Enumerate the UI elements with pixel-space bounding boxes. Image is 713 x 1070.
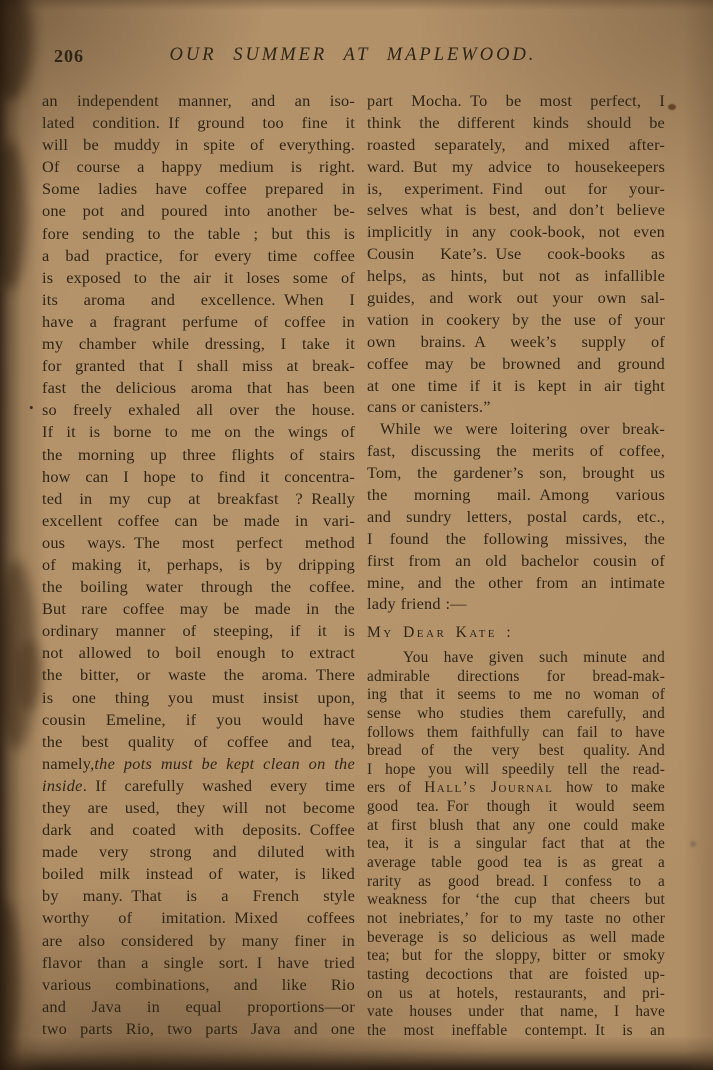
text-line: ers of Hall’s Journal how to make (367, 779, 665, 798)
text-line: one pot and poured into another be- (42, 200, 355, 222)
text-line: ward. But my advice to housekeepers (367, 156, 665, 178)
text-line: boiled milk instead of water, is liked (42, 863, 355, 885)
text-line: is exposed to the air it loses some of (42, 267, 355, 289)
text-line: sense who studies them carefully, and (367, 705, 665, 724)
text-line: two parts Rio, two parts Java and one (42, 1018, 355, 1040)
running-title: OUR SUMMER AT MAPLEWOOD. (42, 45, 664, 66)
text-line: various combinations, and like Rio (42, 974, 355, 996)
text-line: implicitly in any cook-book, not even (367, 221, 665, 243)
text-line: cans or canisters.” (367, 396, 665, 418)
scanned-book-page: 206 OUR SUMMER AT MAPLEWOOD. an independ… (0, 0, 713, 1070)
text-line: guides, and work out your own sal- (367, 287, 665, 309)
text-line: weakness for ‘the cup that cheers but (367, 891, 665, 910)
paper-stain (0, 560, 36, 750)
text-line: You have given such minute and (367, 649, 665, 668)
text-line: If it is borne to me on the wings of (42, 421, 355, 443)
text-line: the morning up three flights of stairs (42, 444, 355, 466)
text-line: is one thing you must insist upon, (42, 687, 355, 709)
text-line: made very strong and diluted with (42, 841, 355, 863)
text-line: fast the delicious aroma that has been (42, 377, 355, 399)
text-line: my chamber while dressing, I take it (42, 333, 355, 355)
text-line: by many. That is a French style (42, 885, 355, 907)
right-column-intro: part Mocha. To be most perfect, Ithink t… (367, 90, 665, 615)
text-line: first from an old bachelor cousin of (367, 550, 665, 572)
text-line: not inebriates,’ for to my taste no othe… (367, 910, 665, 929)
text-line: lated condition. If ground too fine it (42, 112, 355, 134)
text-line: fore sending to the table ; but this is (42, 223, 355, 245)
text-line: lady friend :— (367, 593, 665, 615)
text-line: ing that it seems to me no woman of (367, 686, 665, 705)
ink-spot (690, 841, 696, 847)
text-line: tea; but for the sloppy, bitter or smoky (367, 947, 665, 966)
text-line: •so freely exhaled all over the house. (42, 399, 355, 421)
letter-body: You have given such minute andadmirable … (367, 649, 665, 1040)
text-line: roasted separately, and mixed after- (367, 134, 665, 156)
text-line: of making it, perhaps, is by dripping (42, 554, 355, 576)
text-line: will be muddy in spite of everything. (42, 134, 355, 156)
text-line: namely,the pots must be kept clean on th… (42, 753, 355, 775)
text-line: and Java in equal proportions—or (42, 996, 355, 1018)
text-line: ted in my cup at breakfast ? Really (42, 488, 355, 510)
text-line: inside. If carefully washed every time (42, 775, 355, 797)
text-line: flavor than a single sort. I have tried (42, 952, 355, 974)
text-line: vation in cookery by the use of your (367, 309, 665, 331)
text-line: for granted that I shall miss at break- (42, 355, 355, 377)
text-line: is, experiment. Find out for your- (367, 178, 665, 200)
text-line: its aroma and excellence. When I (42, 289, 355, 311)
text-line: coffee may be browned and ground (367, 353, 665, 375)
text-line: at one time if it is kept in air tight (367, 375, 665, 397)
text-line: tasting decoctions that are foisted up- (367, 966, 665, 985)
text-line: Of course a happy medium is right. (42, 156, 355, 178)
text-line: excellent coffee can be made in vari- (42, 510, 355, 532)
text-line: the morning mail. Among various (367, 484, 665, 506)
text-line: think the different kinds should be (367, 112, 665, 134)
text-line: not allowed to boil enough to extract (42, 642, 355, 664)
text-line: worthy of imitation. Mixed coffees (42, 907, 355, 929)
text-line: good tea. For though it would seem (367, 798, 665, 817)
text-line: own brains. A week’s supply of (367, 331, 665, 353)
text-line: Cousin Kate’s. Use cook-books as (367, 243, 665, 265)
text-line: how can I hope to find it concentra- (42, 466, 355, 488)
text-line: at first blush that any one could make (367, 817, 665, 836)
text-line: and sundry letters, postal cards, etc., (367, 506, 665, 528)
paper-stain (0, 900, 20, 1060)
text-line: selves what is best, and don’t believe (367, 199, 665, 221)
text-line: follows them faithfully can fail to have (367, 724, 665, 743)
left-column: an independent manner, and an iso-lated … (42, 90, 355, 1040)
paper-stain (16, 640, 42, 710)
text-line: While we were loitering over break- (367, 418, 665, 440)
text-line: average table good tea is as great a (367, 854, 665, 873)
text-line: part Mocha. To be most perfect, I (367, 90, 665, 112)
text-line: ordinary manner of steeping, if it is (42, 620, 355, 642)
text-line: dark and coated with deposits. Coffee (42, 819, 355, 841)
text-line: ous ways. The most perfect method (42, 532, 355, 554)
text-line: fast, discussing the merits of coffee, (367, 440, 665, 462)
margin-ink-mark: • (29, 397, 34, 419)
page-header: 206 OUR SUMMER AT MAPLEWOOD. (0, 44, 713, 70)
ink-spot (668, 104, 676, 110)
text-line: a bad practice, for every time coffee (42, 245, 355, 267)
text-line: an independent manner, and an iso- (42, 90, 355, 112)
text-line: beverage is so delicious as well made (367, 929, 665, 948)
text-line: the most ineffable contempt. It is an (367, 1022, 665, 1041)
paper-stain (0, 140, 26, 290)
text-line: tea, it is a singular fact that at the (367, 835, 665, 854)
text-line: bread of the very best quality. And (367, 742, 665, 761)
text-line: rarity as good bread. I confess to a (367, 873, 665, 892)
text-line: mine, and the other from an intimate (367, 572, 665, 594)
text-line: I hope you will speedily tell the read- (367, 761, 665, 780)
text-line: are also considered by many finer in (42, 930, 355, 952)
text-line: But rare coffee may be made in the (42, 598, 355, 620)
text-line: vate houses under that name, I have (367, 1003, 665, 1022)
text-line: the bitter, or waste the aroma. There (42, 664, 355, 686)
text-line: they are used, they will not become (42, 797, 355, 819)
text-line: helps, as hints, but not as infallible (367, 265, 665, 287)
letter-salutation: My Dear Kate : (367, 624, 665, 642)
text-line: the boiling water through the coffee. (42, 576, 355, 598)
text-line: cousin Emeline, if you would have (42, 709, 355, 731)
text-line: Tom, the gardener’s son, brought us (367, 462, 665, 484)
text-line: Some ladies have coffee prepared in (42, 178, 355, 200)
text-line: on us at hotels, restaurants, and pri- (367, 985, 665, 1004)
text-line: I found the following missives, the (367, 528, 665, 550)
text-line: have a fragrant perfume of coffee in (42, 311, 355, 333)
text-line: admirable directions for bread-mak- (367, 668, 665, 687)
text-line: the best quality of coffee and tea, (42, 731, 355, 753)
